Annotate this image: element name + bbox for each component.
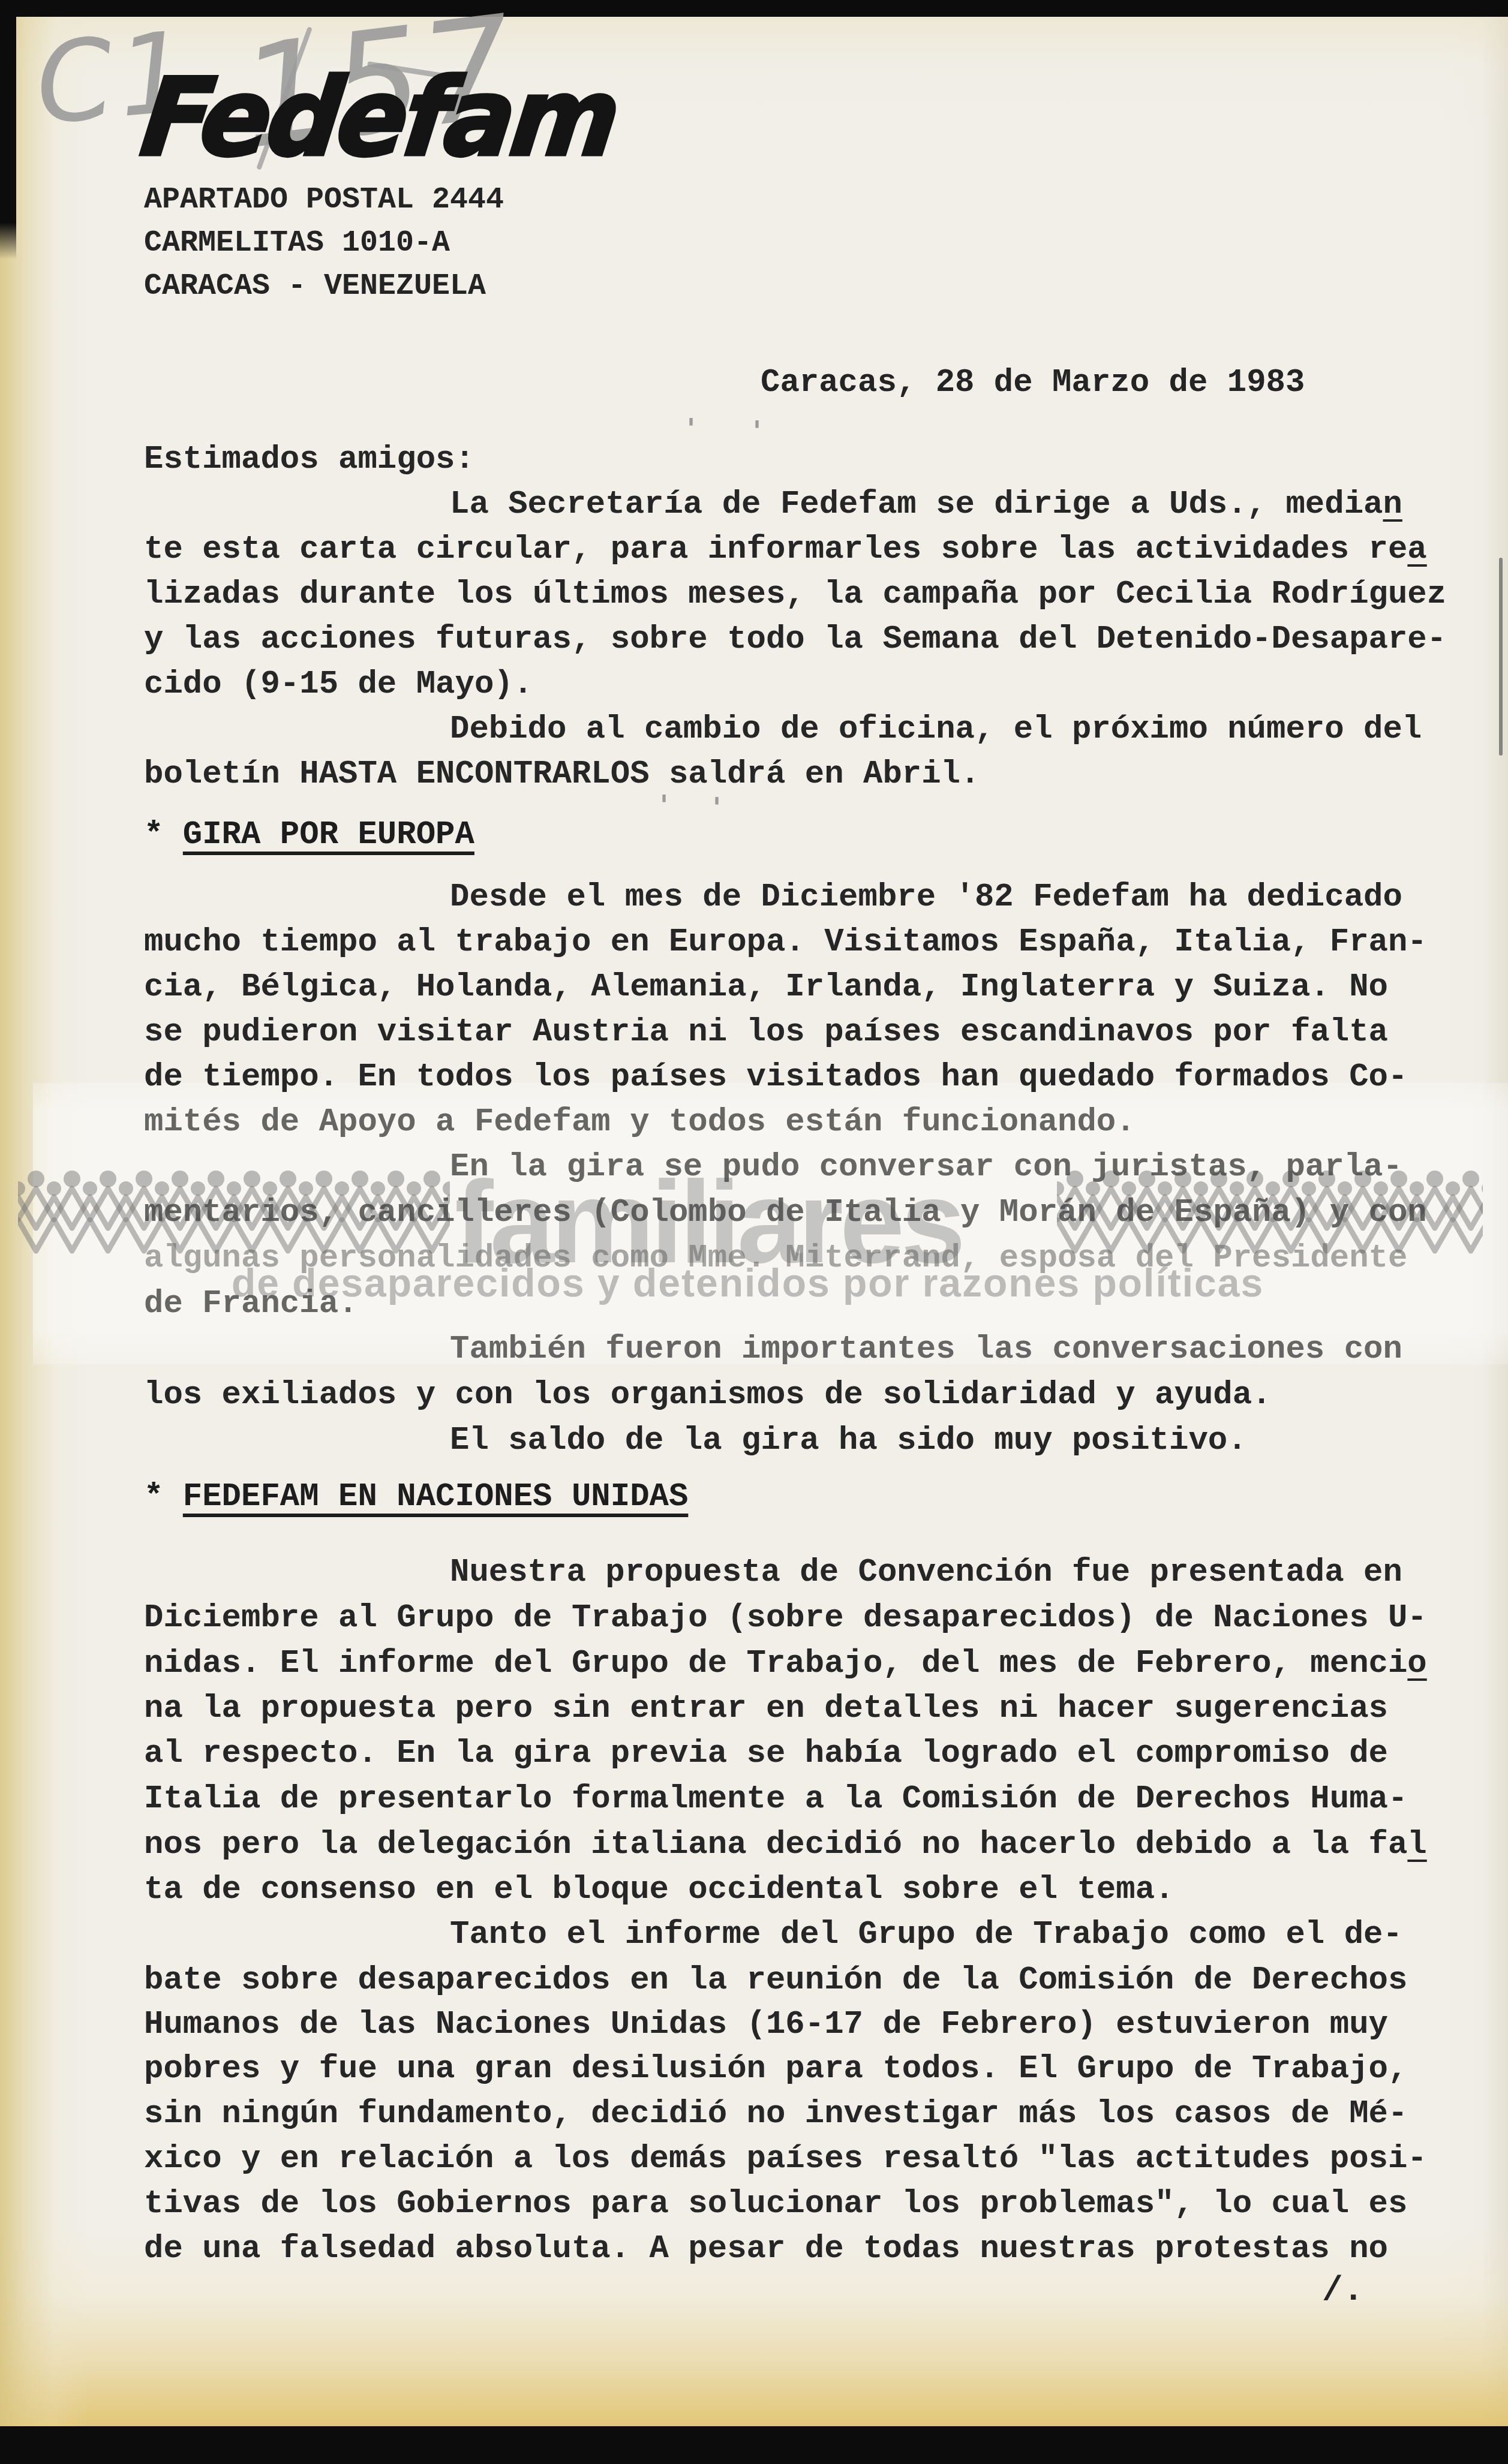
body-line: te esta carta circular, para informarles… bbox=[144, 534, 1427, 566]
line-underlined-char: n bbox=[1383, 486, 1402, 523]
body-line: na la propuesta pero sin entrar en detal… bbox=[144, 1693, 1388, 1725]
line-text: xico y en relación a los demás países re… bbox=[144, 2141, 1427, 2177]
scanned-letter-page: familiares de desaparecidos y detenidos … bbox=[0, 0, 1508, 2464]
dateline: Caracas, 28 de Marzo de 1983 bbox=[761, 365, 1305, 401]
line-text: pobres y fue una gran desilusión para to… bbox=[144, 2051, 1407, 2087]
line-text: na la propuesta pero sin entrar en detal… bbox=[144, 1690, 1388, 1727]
line-text: nos pero la delegación italiana decidió … bbox=[144, 1827, 1407, 1863]
line-text: El saldo de la gira ha sido muy positivo… bbox=[450, 1422, 1247, 1459]
body-line: xico y en relación a los demás países re… bbox=[144, 2143, 1427, 2176]
line-text: te esta carta circular, para informarles… bbox=[144, 531, 1407, 568]
body-line: Tanto el informe del Grupo de Trabajo co… bbox=[450, 1919, 1402, 1951]
line-text: Italia de presentarlo formalmente a la C… bbox=[144, 1781, 1407, 1818]
body-line: También fueron importantes las conversac… bbox=[450, 1334, 1402, 1366]
body-line: bate sobre desaparecidos en la reunión d… bbox=[144, 1964, 1407, 1997]
body-line: Debido al cambio de oficina, el próximo … bbox=[450, 714, 1422, 746]
line-underlined-char: o bbox=[1407, 1645, 1426, 1682]
salutation: Estimados amigos: bbox=[144, 444, 474, 476]
address-line: APARTADO POSTAL 2444 bbox=[144, 183, 504, 217]
body-line: Diciembre al Grupo de Trabajo (sobre des… bbox=[144, 1602, 1427, 1635]
line-text: los exiliados y con los organismos de so… bbox=[144, 1377, 1272, 1413]
body-line: boletín HASTA ENCONTRARLOS saldrá en Abr… bbox=[144, 759, 980, 791]
fedefam-logo: Fedefam bbox=[135, 55, 623, 180]
line-text: tivas de los Gobiernos para solucionar l… bbox=[144, 2186, 1407, 2222]
page-continuation-mark: /. bbox=[1322, 2272, 1364, 2310]
body-line: de tiempo. En todos los países visitados… bbox=[144, 1061, 1407, 1094]
body-line: cido (9-15 de Mayo). bbox=[144, 669, 533, 701]
body-line: mités de Apoyo a Fedefam y todos están f… bbox=[144, 1106, 1135, 1139]
line-text: bate sobre desaparecidos en la reunión d… bbox=[144, 1962, 1407, 1999]
line-text: al respecto. En la gira previa se había … bbox=[144, 1735, 1388, 1772]
body-line: Italia de presentarlo formalmente a la C… bbox=[144, 1783, 1407, 1816]
address-line: CARACAS - VENEZUELA bbox=[144, 269, 486, 303]
body-line: cia, Bélgica, Holanda, Alemania, Irlanda… bbox=[144, 971, 1388, 1004]
body-line: pobres y fue una gran desilusión para to… bbox=[144, 2053, 1407, 2086]
line-text: algunas personalidades como Mme. Miterra… bbox=[144, 1240, 1407, 1277]
heading-text: FEDEFAM EN NACIONES UNIDAS bbox=[183, 1479, 689, 1515]
body-line: nidas. El informe del Grupo de Trabajo, … bbox=[144, 1648, 1427, 1680]
line-text: de una falsedad absoluta. A pesar de tod… bbox=[144, 2231, 1388, 2267]
line-text: También fueron importantes las conversac… bbox=[450, 1331, 1402, 1368]
body-line: algunas personalidades como Mme. Miterra… bbox=[144, 1242, 1407, 1275]
line-text: de tiempo. En todos los países visitados… bbox=[144, 1059, 1407, 1096]
line-text: y las acciones futuras, sobre todo la Se… bbox=[144, 621, 1446, 658]
body-line: de una falsedad absoluta. A pesar de tod… bbox=[144, 2233, 1388, 2266]
body-line: Humanos de las Naciones Unidas (16-17 de… bbox=[144, 2009, 1388, 2041]
body-line: nos pero la delegación italiana decidió … bbox=[144, 1829, 1427, 1861]
scan-edge-top bbox=[0, 0, 1508, 17]
heading-bullet: * bbox=[144, 1479, 183, 1515]
line-text: cido (9-15 de Mayo). bbox=[144, 666, 533, 703]
body-line: se pudieron visitar Austria ni los paíse… bbox=[144, 1016, 1388, 1049]
body-line: de Francia. bbox=[144, 1288, 358, 1320]
scan-tick-mark: ' bbox=[713, 792, 721, 824]
line-underlined-char: l bbox=[1407, 1827, 1426, 1863]
body-line: El saldo de la gira ha sido muy positivo… bbox=[450, 1425, 1247, 1457]
line-text: En la gira se pudo conversar con jurista… bbox=[450, 1149, 1402, 1186]
body-line: mucho tiempo al trabajo en Europa. Visit… bbox=[144, 926, 1427, 959]
body-line: ta de consenso en el bloque occidental s… bbox=[144, 1874, 1174, 1906]
scan-tick-mark: ' bbox=[660, 789, 668, 822]
line-text: mités de Apoyo a Fedefam y todos están f… bbox=[144, 1104, 1135, 1141]
body-line: Desde el mes de Diciembre '82 Fedefam ha… bbox=[450, 881, 1402, 914]
address-line: CARMELITAS 1010-A bbox=[144, 226, 450, 260]
body-line: lizadas durante los últimos meses, la ca… bbox=[144, 579, 1446, 611]
scan-tick-mark: ' bbox=[687, 413, 695, 445]
body-line: mentarios, cancilleres (Colombo de Itali… bbox=[144, 1197, 1427, 1229]
body-line: los exiliados y con los organismos de so… bbox=[144, 1379, 1272, 1412]
line-text: nidas. El informe del Grupo de Trabajo, … bbox=[144, 1645, 1407, 1682]
line-text: se pudieron visitar Austria ni los paíse… bbox=[144, 1014, 1388, 1051]
line-text: lizadas durante los últimos meses, la ca… bbox=[144, 576, 1446, 613]
line-text: Estimados amigos: bbox=[144, 441, 474, 478]
line-text: Humanos de las Naciones Unidas (16-17 de… bbox=[144, 2006, 1388, 2043]
scan-edge-left bbox=[0, 0, 16, 259]
body-line: Nuestra propuesta de Convención fue pres… bbox=[450, 1557, 1402, 1589]
line-text: sin ningún fundamento, decidió no invest… bbox=[144, 2096, 1407, 2132]
body-line: tivas de los Gobiernos para solucionar l… bbox=[144, 2188, 1407, 2221]
body-line: al respecto. En la gira previa se había … bbox=[144, 1738, 1388, 1770]
line-text: boletín HASTA ENCONTRARLOS saldrá en Abr… bbox=[144, 756, 980, 793]
heading-text: GIRA POR EUROPA bbox=[183, 817, 474, 853]
line-text: Nuestra propuesta de Convención fue pres… bbox=[450, 1554, 1402, 1591]
scan-edge-bottom bbox=[0, 2426, 1508, 2464]
line-text: Desde el mes de Diciembre '82 Fedefam ha… bbox=[450, 879, 1402, 916]
scan-tick-mark: ' bbox=[753, 415, 761, 447]
line-text: de Francia. bbox=[144, 1286, 358, 1322]
line-underlined-char: a bbox=[1407, 531, 1426, 568]
line-text: Tanto el informe del Grupo de Trabajo co… bbox=[450, 1917, 1402, 1953]
scan-smudge bbox=[1499, 558, 1503, 756]
line-text: Diciembre al Grupo de Trabajo (sobre des… bbox=[144, 1600, 1427, 1636]
line-text: Debido al cambio de oficina, el próximo … bbox=[450, 711, 1422, 748]
body-line: sin ningún fundamento, decidió no invest… bbox=[144, 2098, 1407, 2131]
heading-bullet: * bbox=[144, 817, 183, 853]
body-line: La Secretaría de Fedefam se dirige a Uds… bbox=[450, 489, 1402, 521]
line-text: cia, Bélgica, Holanda, Alemania, Irlanda… bbox=[144, 969, 1388, 1006]
body-line: y las acciones futuras, sobre todo la Se… bbox=[144, 624, 1446, 656]
line-text: mentarios, cancilleres (Colombo de Itali… bbox=[144, 1195, 1427, 1231]
line-text: mucho tiempo al trabajo en Europa. Visit… bbox=[144, 924, 1427, 961]
section-heading-gira-por-europa: * GIRA POR EUROPA bbox=[144, 819, 474, 852]
line-text: La Secretaría de Fedefam se dirige a Uds… bbox=[450, 486, 1383, 523]
line-text: ta de consenso en el bloque occidental s… bbox=[144, 1872, 1174, 1908]
body-line: En la gira se pudo conversar con jurista… bbox=[450, 1151, 1402, 1184]
section-heading-fedefam-en-naciones-unidas: * FEDEFAM EN NACIONES UNIDAS bbox=[144, 1481, 688, 1514]
